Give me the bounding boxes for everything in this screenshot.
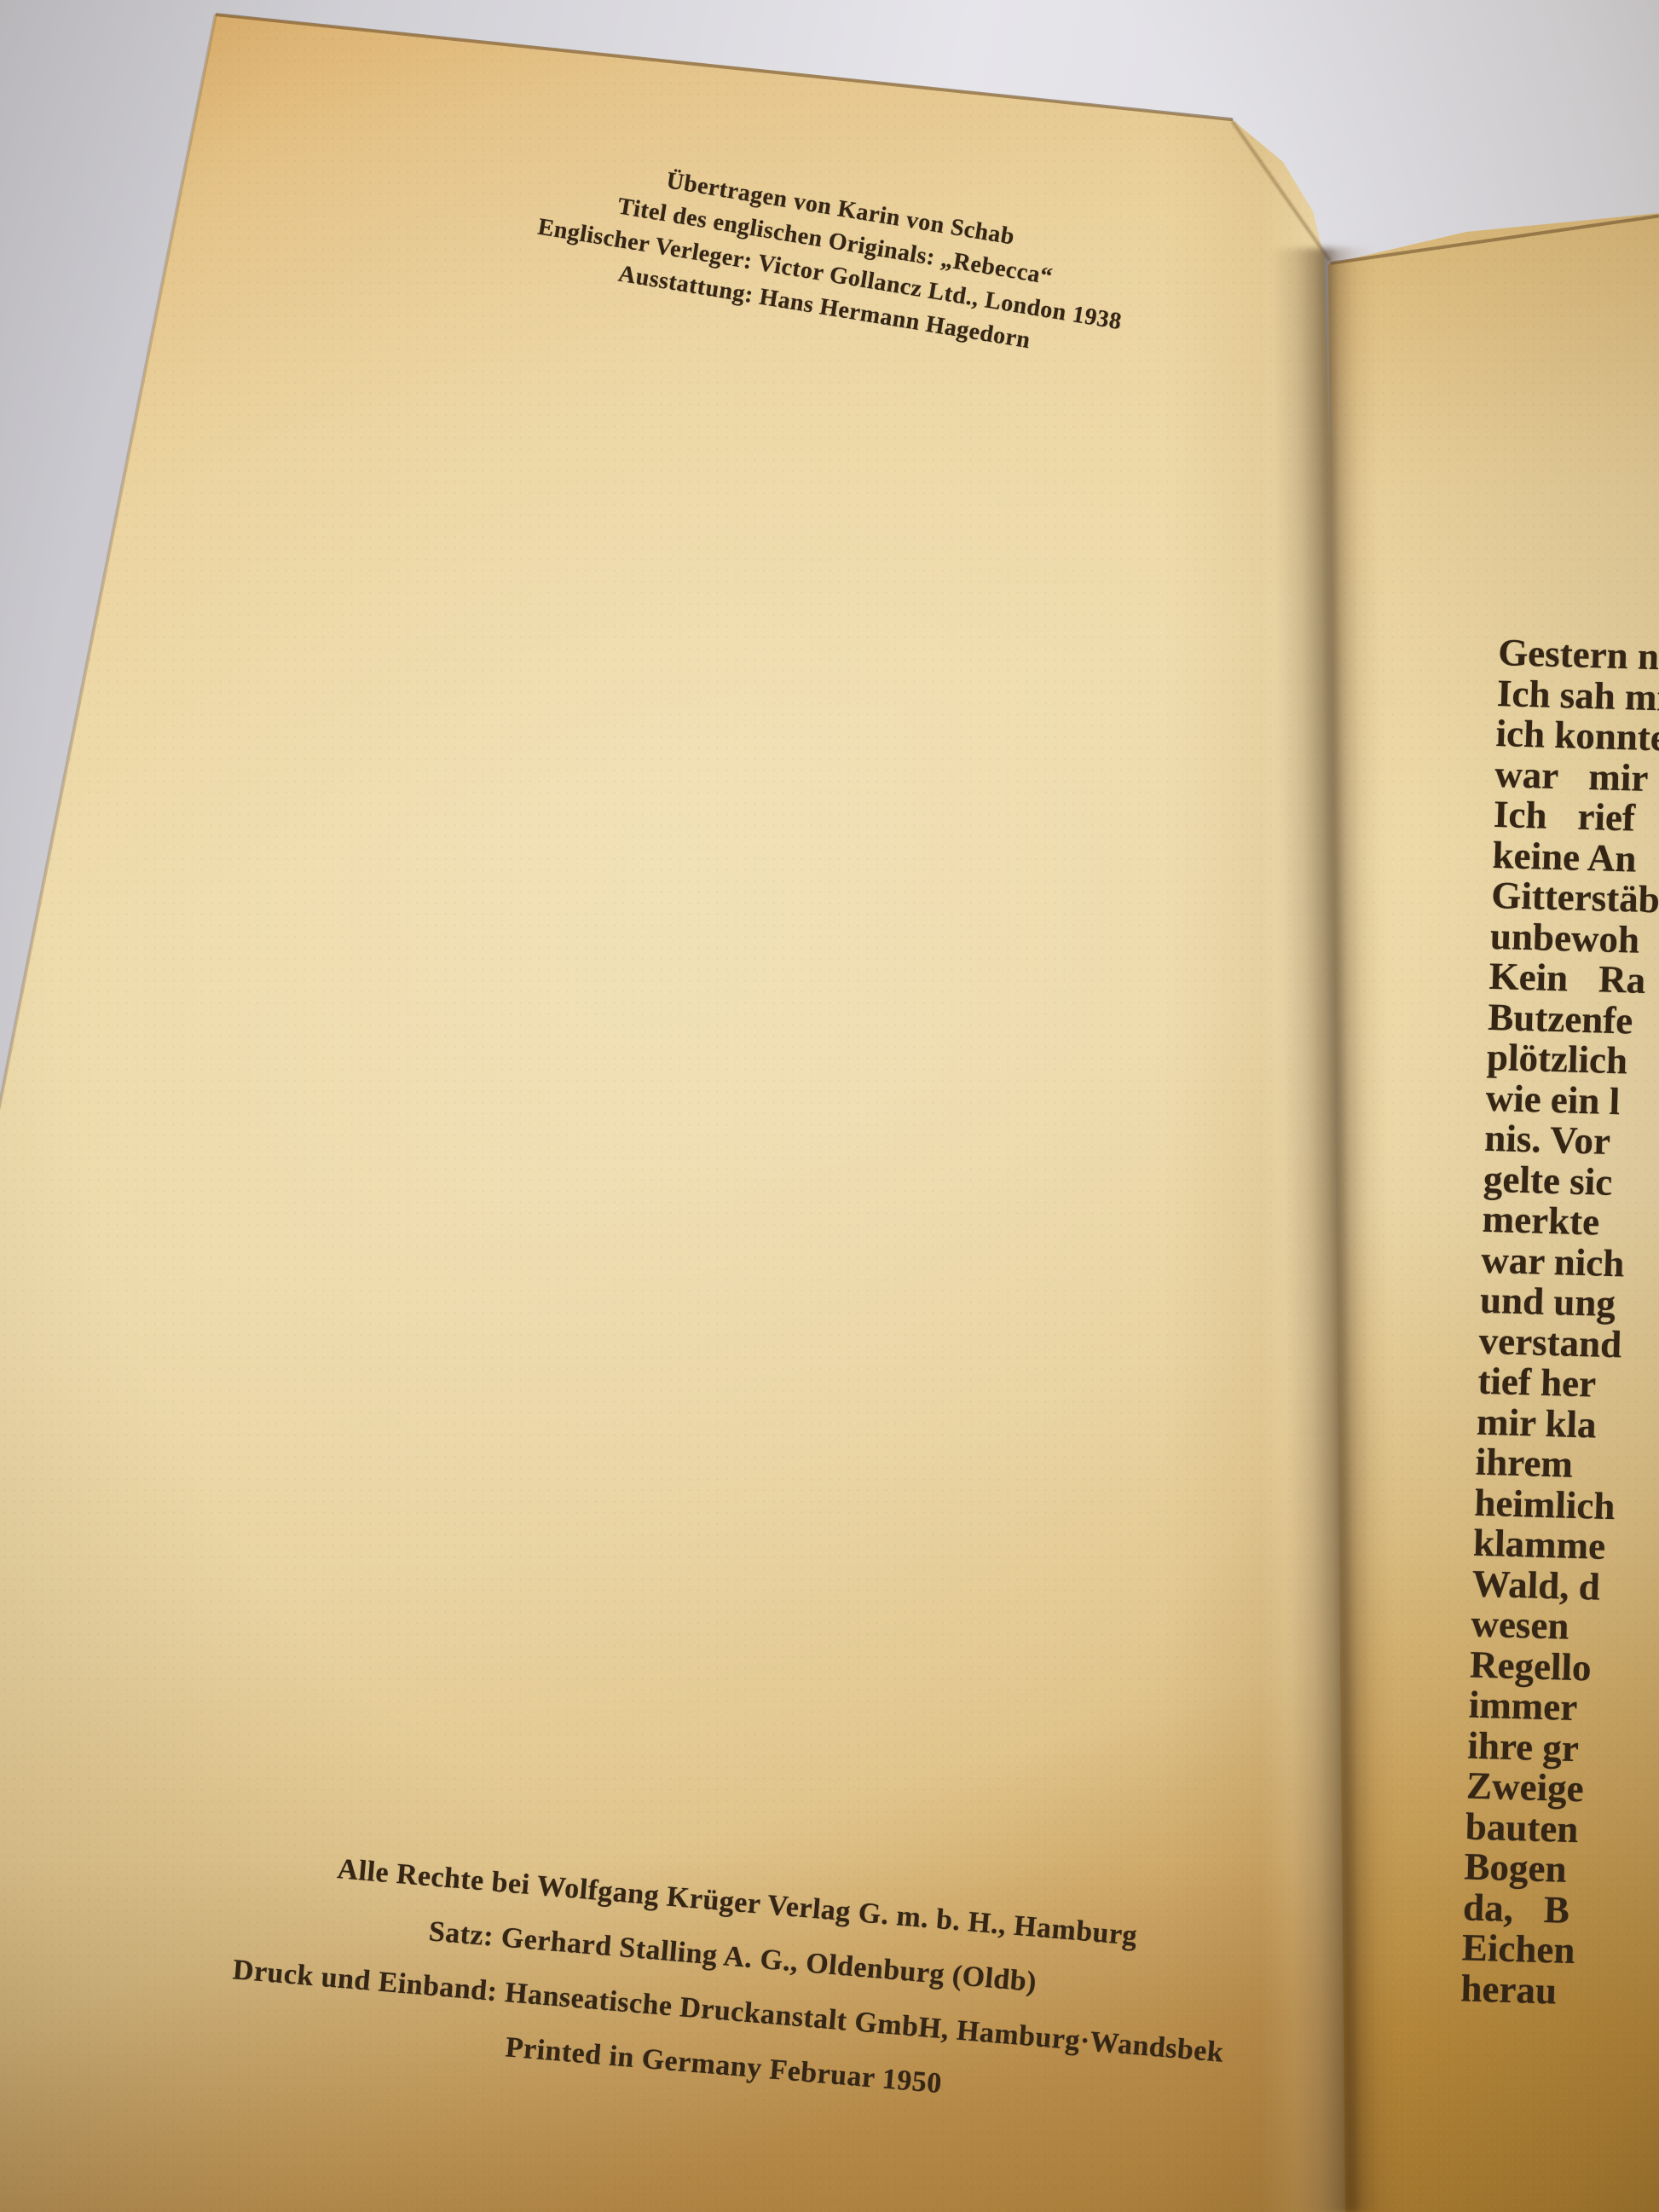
book-photo: Übertragen von Karin von Schab Titel des… — [0, 0, 1659, 2212]
